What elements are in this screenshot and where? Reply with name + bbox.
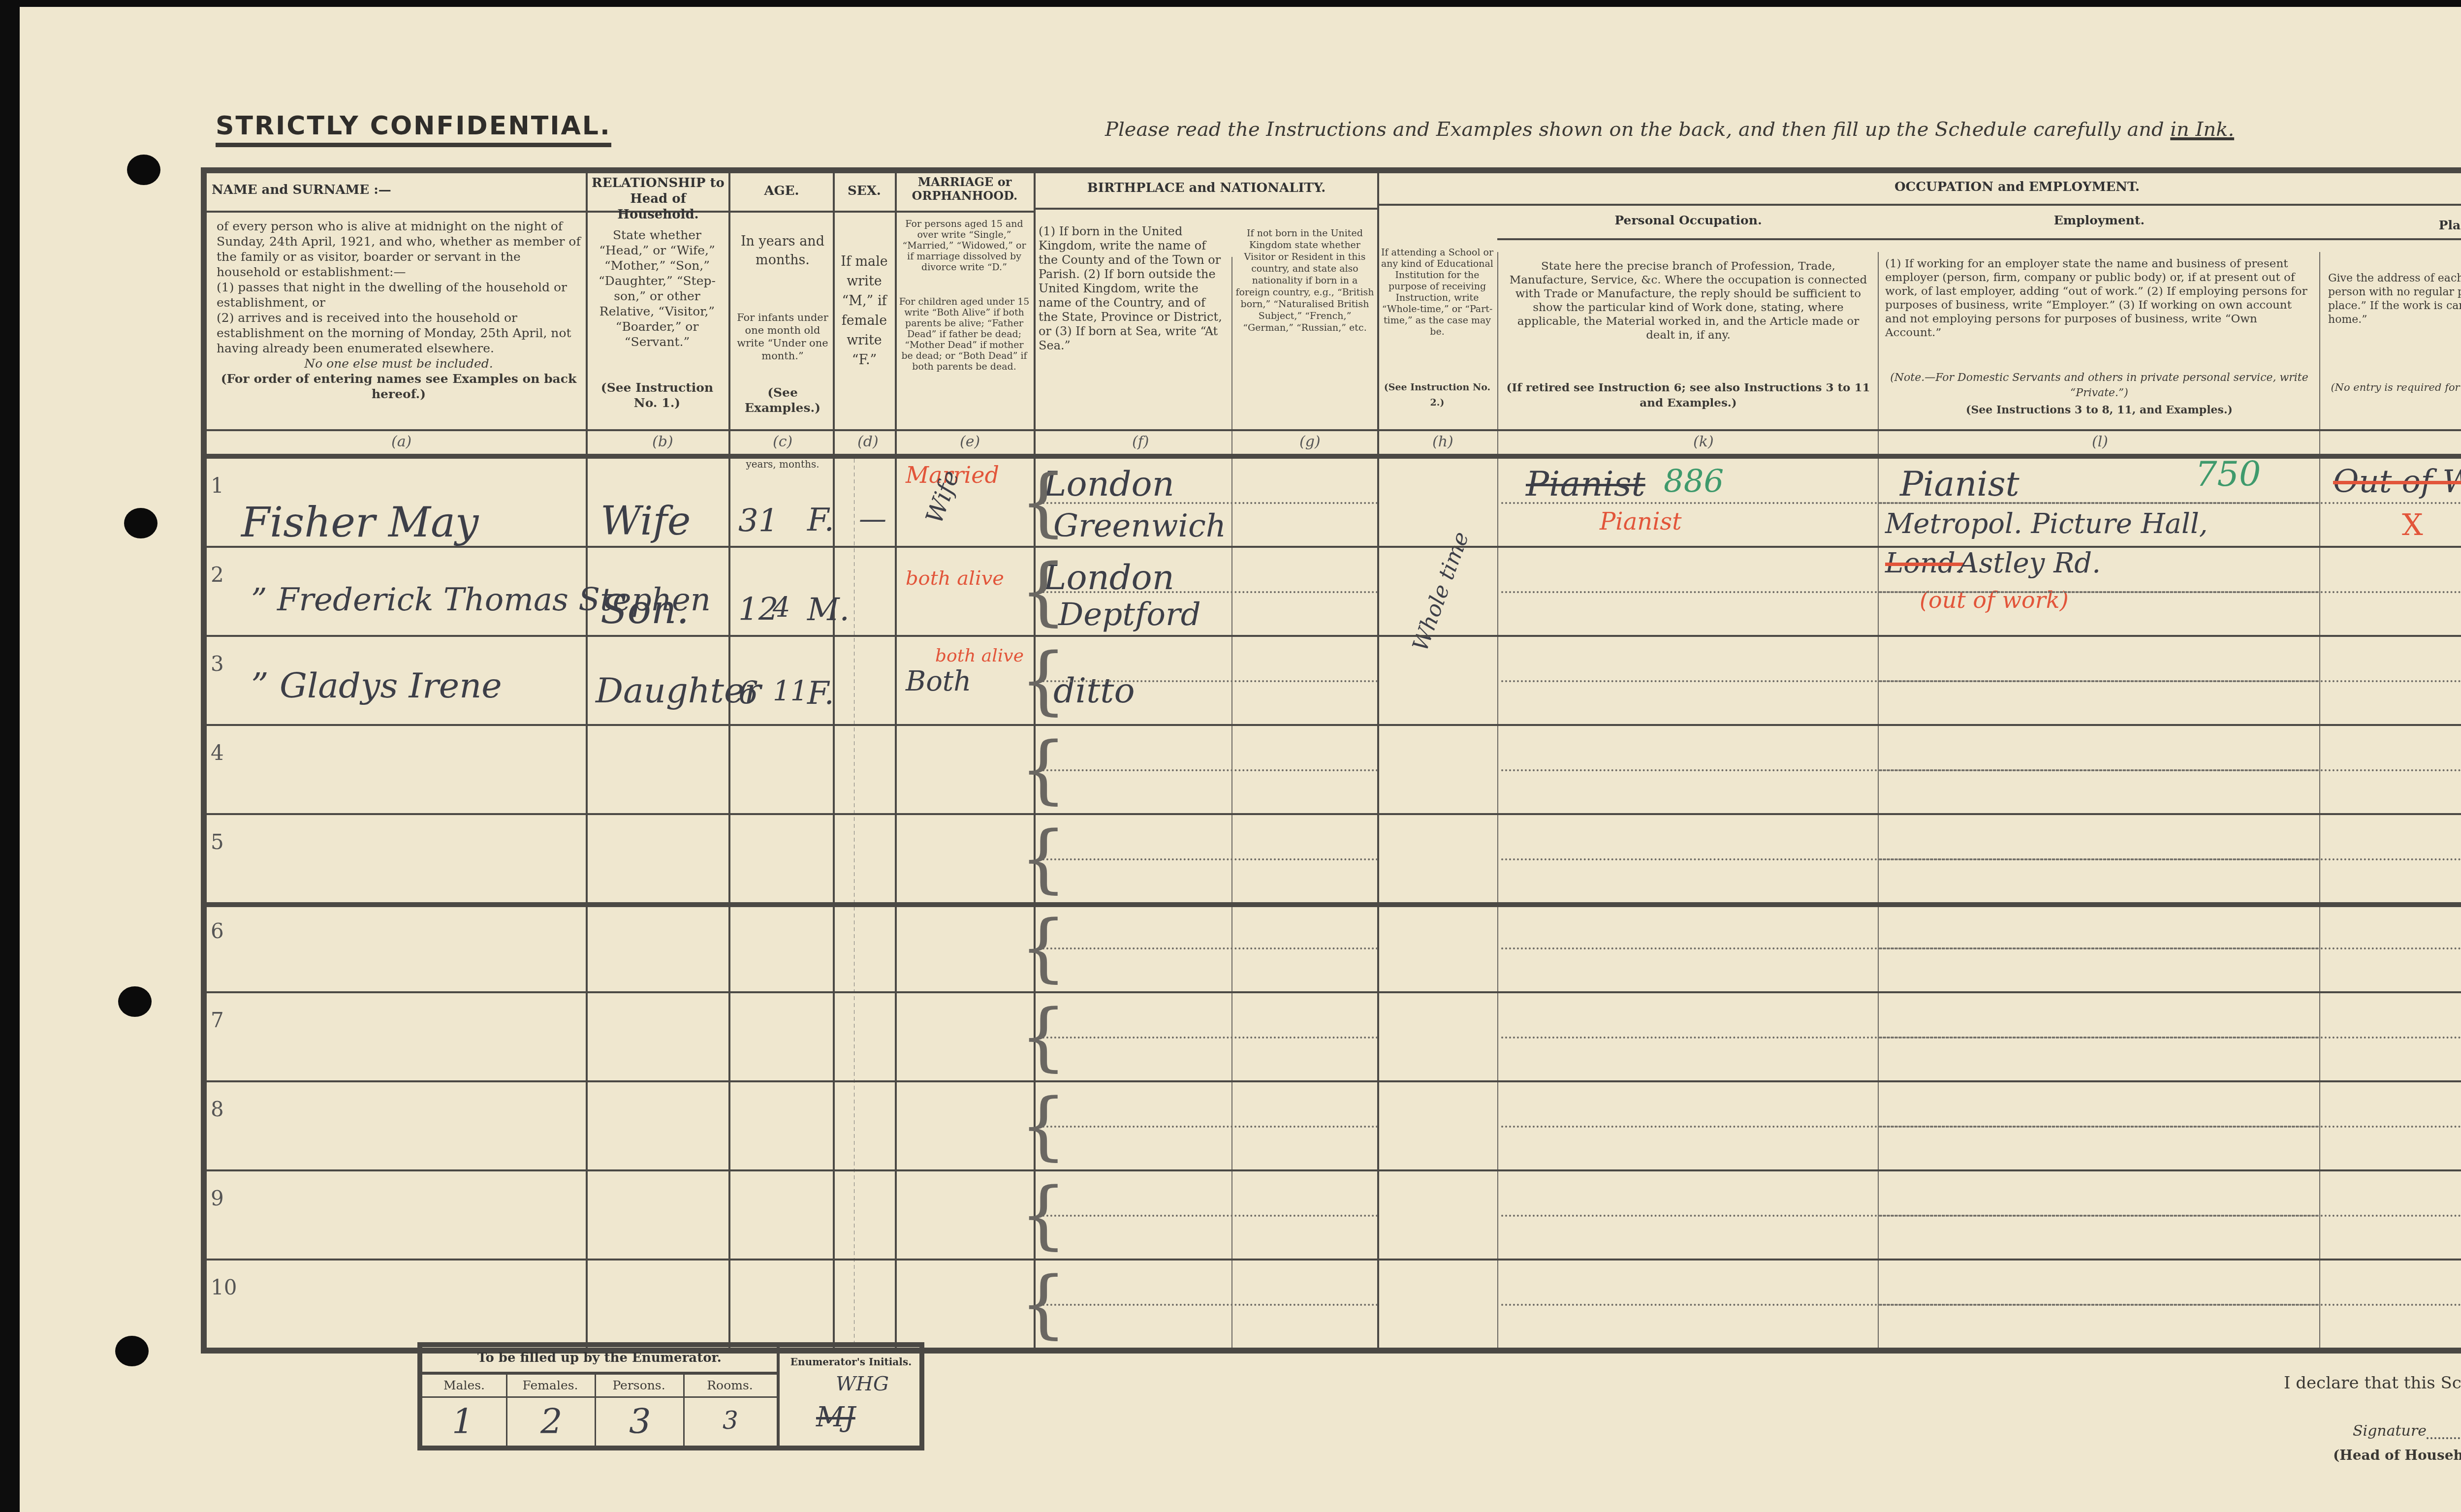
row-number: 2 <box>211 563 224 587</box>
header-rule <box>1497 238 2461 240</box>
dotted-rule <box>1880 858 2461 860</box>
column-letter: (a) <box>391 433 411 450</box>
column-letter: (d) <box>857 433 879 450</box>
divider <box>422 1396 777 1398</box>
birthplace-column-desc-g: If not born in the United Kingdom state … <box>1234 227 1375 334</box>
dotted-rule <box>1039 1215 1378 1217</box>
age-column-desc: In years and months. <box>736 232 829 270</box>
col-rule <box>1878 252 1879 1348</box>
col-rule <box>728 173 730 1348</box>
dotted-rule <box>1880 1215 2461 1217</box>
sex-column-title: SEX. <box>835 183 894 199</box>
header-rule <box>207 429 2461 431</box>
row-rule <box>207 902 2461 907</box>
row-number: 10 <box>211 1275 237 1299</box>
col-rule <box>1497 252 1498 1348</box>
name-desc-3: (2) arrives and is received into the hou… <box>217 310 581 356</box>
col-rule <box>2319 252 2320 1348</box>
row-2-birthplace-town[interactable]: Deptford <box>1058 597 1201 633</box>
row-3-age-months[interactable]: 11 <box>773 675 808 707</box>
education-column-desc: If attending a School or any kind of Edu… <box>1380 247 1494 338</box>
column-letter: (b) <box>652 433 673 450</box>
marriage-column-title: MARRIAGE or ORPHANHOOD. <box>897 175 1033 203</box>
strictly-confidential-heading: STRICTLY CONFIDENTIAL. <box>216 111 611 147</box>
brace-icon: { <box>1020 1178 1067 1252</box>
dotted-rule <box>1880 1126 2461 1128</box>
brace-icon: { <box>1020 1089 1067 1163</box>
punch-hole <box>127 155 160 185</box>
column-letter: (l) <box>2092 433 2108 450</box>
row-1-employer-struck: Lond. <box>1885 547 1964 579</box>
row-1-occupation-code: 886 <box>1664 464 1724 500</box>
dotted-rule <box>1880 769 2461 771</box>
age-column-note: (See Examples.) <box>736 385 829 415</box>
dotted-rule <box>1039 680 1378 682</box>
enumerator-initials[interactable]: WHG <box>836 1373 889 1395</box>
place-of-work-desc: Give the address of each person's place … <box>2328 272 2461 327</box>
employment-title: Employment. <box>1880 213 2318 228</box>
column-letter: (h) <box>1432 433 1453 450</box>
col-rule <box>586 173 588 1348</box>
dotted-rule <box>1039 502 1378 504</box>
enumerator-count-box: To be filled up by the Enumerator. Males… <box>417 1342 924 1450</box>
name-column-title: NAME and SURNAME :— <box>212 182 576 198</box>
row-number: 5 <box>211 830 224 854</box>
dotted-rule <box>1880 1304 2461 1306</box>
dotted-rule <box>1880 591 2461 593</box>
row-1-employer-name[interactable]: Metropol. Picture Hall, <box>1885 508 2208 540</box>
brace-icon: { <box>1020 1000 1067 1074</box>
personal-occupation-title: Personal Occupation. <box>1501 213 1875 228</box>
row-1-employment[interactable]: Pianist <box>1900 464 2019 504</box>
census-table: NAME and SURNAME :— of every person who … <box>201 167 2461 1354</box>
dotted-rule <box>1880 947 2461 949</box>
dotted-rule <box>1039 1126 1378 1128</box>
fill-instructions: Please read the Instructions and Example… <box>1105 118 2234 141</box>
column-letter: (k) <box>1693 433 1714 450</box>
rooms-label: Rooms. <box>683 1378 777 1393</box>
males-count[interactable]: 1 <box>452 1401 474 1442</box>
row-3-name[interactable]: ” Gladys Irene <box>251 665 502 706</box>
dotted-rule <box>1880 502 2461 504</box>
row-number: 8 <box>211 1097 224 1121</box>
row-rule <box>207 635 2461 637</box>
age-years-months-label: years, months. <box>733 457 832 472</box>
row-1-name[interactable]: Fisher May <box>241 498 478 546</box>
row-rule <box>207 546 2461 548</box>
personal-occupation-desc: State here the precise branch of Profess… <box>1506 259 1870 342</box>
declaration-text: I declare that this Schedule is correctl… <box>2284 1373 2461 1393</box>
dotted-rule <box>1039 1037 1378 1039</box>
dotted-rule <box>1039 769 1378 771</box>
occupation-group-title: OCCUPATION and EMPLOYMENT. <box>1377 179 2461 195</box>
row-2-age-months[interactable]: 4 <box>773 592 790 624</box>
row-3-marriage[interactable]: Both <box>906 665 971 697</box>
row-1-relationship[interactable]: Wife <box>600 498 691 544</box>
col-rule <box>833 173 835 1348</box>
dotted-rule <box>1880 1037 2461 1039</box>
row-1-birthplace-town[interactable]: Greenwich <box>1053 508 1226 544</box>
header-rule <box>1377 204 2461 206</box>
dotted-rule <box>1039 591 1378 593</box>
name-column-desc: of every person who is alive at midnight… <box>217 219 581 402</box>
enumerator-initials-struck: MJ <box>816 1401 855 1433</box>
row-1-place-of-work-struck: Out of Work <box>2333 464 2461 500</box>
row-1-occupation-correction: Pianist <box>1600 508 1681 535</box>
enumerator-initials-label: Enumerator's Initials. <box>780 1354 922 1370</box>
females-count[interactable]: 2 <box>540 1401 563 1442</box>
rooms-count[interactable]: 3 <box>723 1406 738 1435</box>
col-rule <box>895 173 897 1348</box>
brace-icon: { <box>1020 1267 1067 1341</box>
punch-hole <box>115 1336 149 1366</box>
employment-note-private: (Note.—For Domestic Servants and others … <box>1885 370 2313 401</box>
row-rule <box>207 1259 2461 1260</box>
relationship-column-title: RELATIONSHIP to Head of Household. <box>588 175 728 222</box>
col-rule <box>1231 257 1232 1348</box>
birthplace-column-desc-f: (1) If born in the United Kingdom, write… <box>1039 224 1226 353</box>
row-1-age-months[interactable]: — <box>859 503 886 535</box>
age-column-title: AGE. <box>730 183 833 199</box>
row-1-employer-address[interactable]: Astley Rd. <box>1959 547 2101 579</box>
relationship-column-desc: State whether “Head,” or “Wife,” “Mother… <box>591 227 724 349</box>
row-1-age-years[interactable]: 31 <box>738 503 778 539</box>
males-label: Males. <box>422 1378 506 1393</box>
header-rule <box>1034 208 1377 210</box>
signature-line <box>2427 1437 2461 1439</box>
dotted-rule <box>1039 1304 1378 1306</box>
row-number: 1 <box>211 473 224 498</box>
row-1-occupation-struck: Pianist <box>1526 464 1645 504</box>
education-column-note: (See Instruction No. 2.) <box>1380 380 1494 410</box>
row-number: 6 <box>211 919 224 943</box>
employment-desc: (1) If working for an employer state the… <box>1885 257 2313 340</box>
row-1-sex[interactable]: F. <box>807 502 834 538</box>
dotted-rule <box>1039 858 1378 860</box>
row-number: 9 <box>211 1186 224 1210</box>
column-letter: (c) <box>773 433 792 450</box>
divider <box>422 1372 777 1375</box>
punch-hole <box>124 508 158 538</box>
persons-count[interactable]: 3 <box>629 1401 651 1442</box>
name-desc-4: No one else must be included. <box>217 356 581 371</box>
dotted-rule <box>1880 680 2461 682</box>
personal-occupation-note: (If retired see Instruction 6; see also … <box>1506 380 1870 410</box>
brace-icon: { <box>1020 466 1067 539</box>
row-2-relationship[interactable]: Son. <box>600 587 689 632</box>
brace-icon: { <box>1020 733 1067 807</box>
row-1-place-mark: X <box>2402 508 2423 542</box>
row-2-sex[interactable]: M. <box>807 592 850 628</box>
marriage-column-desc-adults: For persons aged 15 and over write “Sing… <box>898 219 1031 273</box>
punch-hole <box>118 986 152 1017</box>
instruction-text: Please read the Instructions and Example… <box>1105 118 2170 141</box>
name-desc-2: (1) passes that night in the dwelling of… <box>217 280 581 310</box>
employment-note: (See Instructions 3 to 8, 11, and Exampl… <box>1885 403 2313 418</box>
brace-icon: { <box>1020 911 1067 985</box>
row-3-marriage-correction: both alive <box>935 646 1024 666</box>
column-letter: (e) <box>960 433 980 450</box>
birthplace-column-title: BIRTHPLACE and NATIONALITY. <box>1036 180 1377 196</box>
row-number: 4 <box>211 741 224 765</box>
row-rule <box>207 813 2461 815</box>
place-of-work-title: Place of Work. <box>2321 218 2461 233</box>
persons-label: Persons. <box>595 1378 683 1393</box>
brace-icon: { <box>1020 644 1067 718</box>
sex-column-desc: If male write “M,” if female write “F.” <box>840 252 889 370</box>
signature-label: Signature <box>2353 1422 2427 1440</box>
col-rule <box>1377 173 1379 1348</box>
name-desc-5: (For order of entering names see Example… <box>217 371 581 402</box>
dotted-rule <box>1039 947 1378 949</box>
signature-caption: (Head of Household, Manager of Establish… <box>2333 1447 2461 1463</box>
marriage-column-desc-children: For children aged under 15 write “Both A… <box>898 296 1031 372</box>
name-desc-1: of every person who is alive at midnight… <box>217 219 581 280</box>
row-number: 7 <box>211 1008 224 1032</box>
row-3-age-years[interactable]: 6 <box>738 675 758 712</box>
row-rule <box>207 1080 2461 1082</box>
females-label: Females. <box>506 1378 595 1393</box>
relationship-column-note: (See Instruction No. 1.) <box>591 380 724 410</box>
row-3-relationship[interactable]: Daughter <box>596 670 761 711</box>
brace-icon: { <box>1020 822 1067 896</box>
header-bottom-rule <box>207 454 2461 459</box>
column-letter: (g) <box>1299 433 1321 450</box>
row-2-marriage-correction: both alive <box>906 567 1004 590</box>
place-of-work-note: (No entry is required for any person who… <box>2328 380 2461 410</box>
enumerator-footer-title: To be filled up by the Enumerator. <box>422 1350 777 1366</box>
row-3-sex[interactable]: F. <box>807 675 834 712</box>
instruction-ink: in Ink. <box>2170 118 2234 141</box>
row-number: 3 <box>211 652 224 676</box>
row-rule <box>207 1169 2461 1171</box>
row-1-employment-code: 750 <box>2195 454 2261 494</box>
row-rule <box>207 724 2461 726</box>
age-column-infant: For infants under one month old write “U… <box>736 311 829 362</box>
brace-icon: { <box>1020 555 1067 629</box>
column-letter: (f) <box>1132 433 1149 450</box>
row-rule <box>207 991 2461 993</box>
